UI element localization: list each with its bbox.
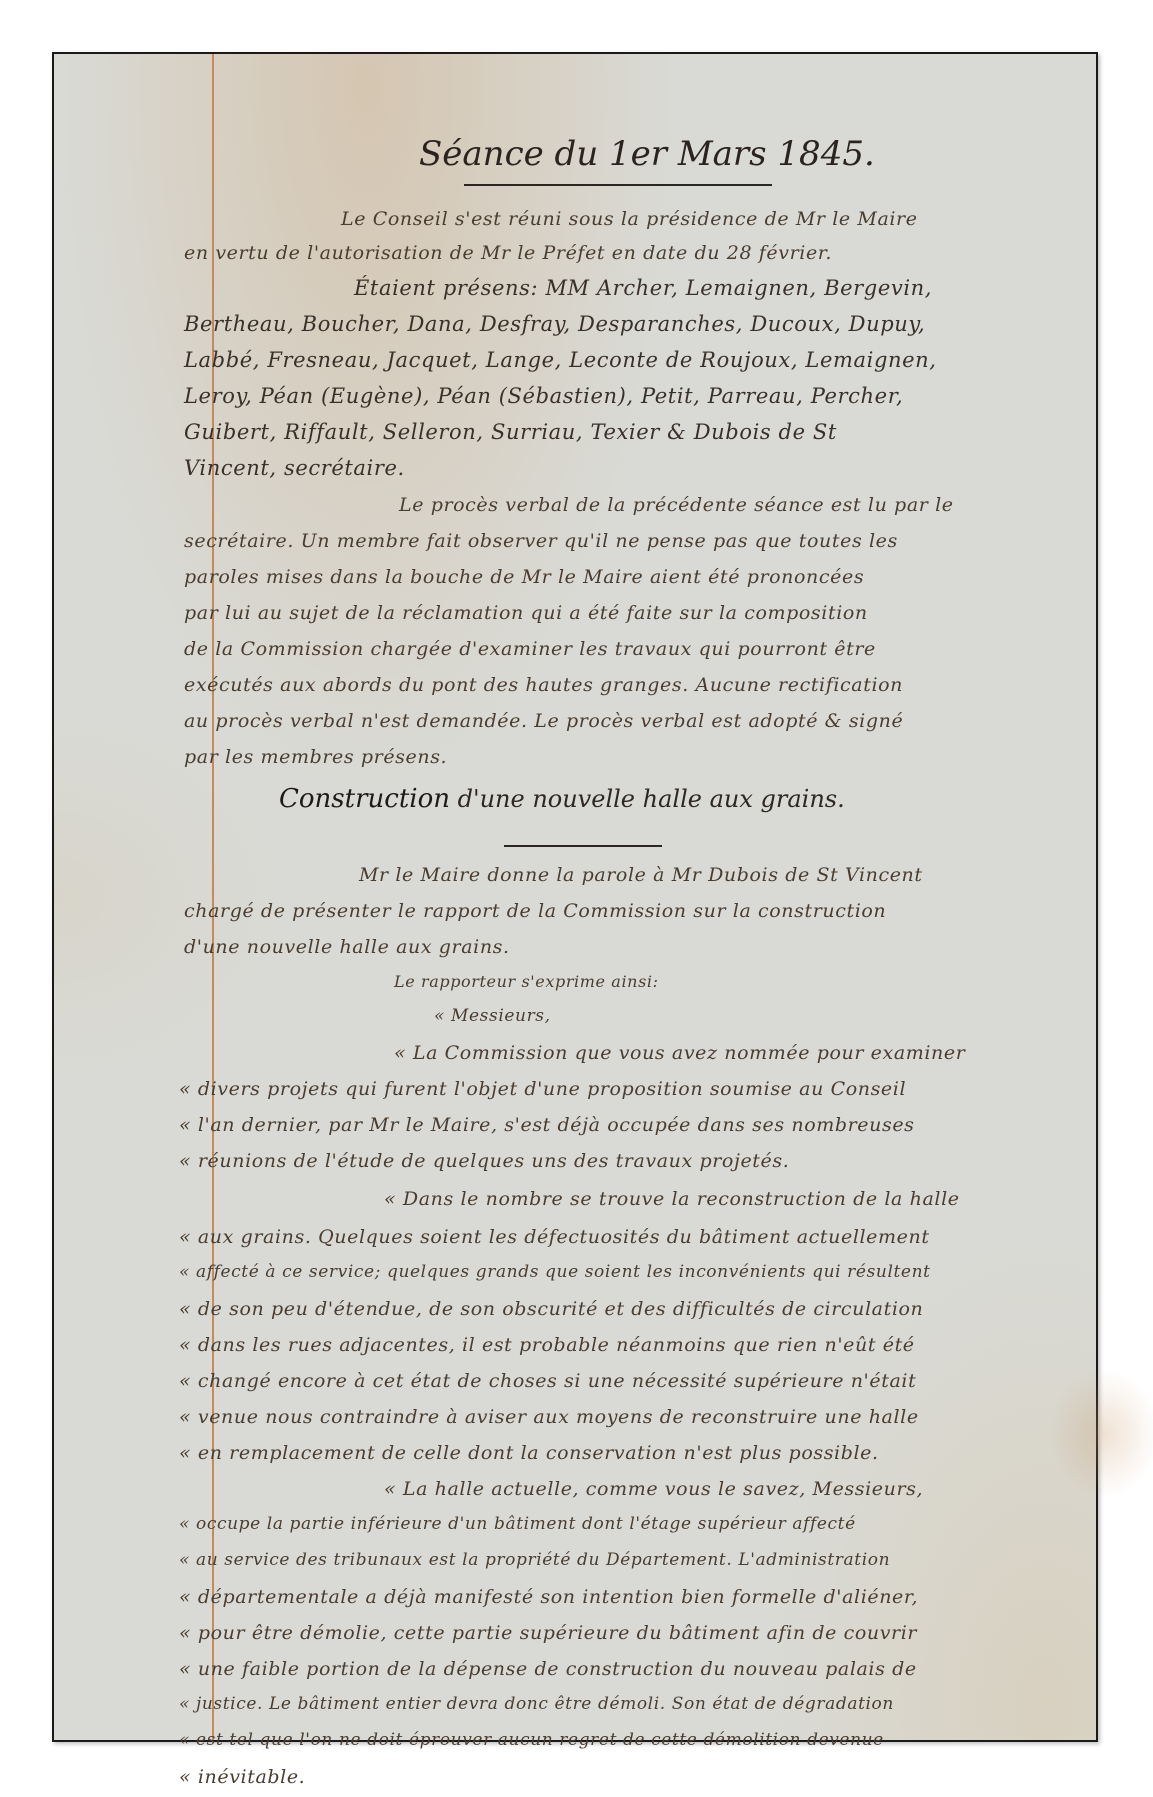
attendance-line: Labbé, Fresneau, Jacquet, Lange, Leconte… [184, 348, 937, 372]
attendance-line: Leroy, Péan (Eugène), Péan (Sébastien), … [184, 384, 903, 408]
opening-line: Le Conseil s'est réuni sous la présidenc… [341, 208, 918, 230]
minutes-line: de la Commission chargée d'examiner les … [184, 638, 876, 660]
section-underline [504, 845, 662, 847]
report-line: « dans les rues adjacentes, il est proba… [179, 1334, 915, 1356]
report-line: « aux grains. Quelques soient les défect… [179, 1226, 930, 1248]
report-line: « réunions de l'étude de quelques uns de… [179, 1150, 789, 1172]
attendance-line: Bertheau, Boucher, Dana, Desfray, Despar… [184, 312, 925, 336]
report-line: « de son peu d'étendue, de son obscurité… [179, 1298, 923, 1320]
paper-stain [1044, 1364, 1153, 1504]
report-line: « inévitable. [179, 1766, 305, 1788]
minutes-line: exécutés aux abords du pont des hautes g… [184, 674, 903, 696]
attendance-line: Guibert, Riffault, Selleron, Surriau, Te… [184, 420, 837, 444]
report-line: « divers projets qui furent l'objet d'un… [179, 1078, 906, 1100]
title-underline [464, 184, 772, 186]
manuscript-page: Séance du 1er Mars 1845. Le Conseil s'es… [52, 52, 1098, 1742]
report-intro-line: d'une nouvelle halle aux grains. [184, 936, 510, 958]
minutes-line: Le procès verbal de la précédente séance… [399, 494, 954, 516]
report-line: « l'an dernier, par Mr le Maire, s'est d… [179, 1114, 915, 1136]
report-line: « venue nous contraindre à aviser aux mo… [179, 1406, 919, 1428]
minutes-line: paroles mises dans la bouche de Mr le Ma… [184, 566, 864, 588]
minutes-line: par les membres présens. [184, 746, 447, 768]
salutation: « Messieurs, [434, 1006, 551, 1026]
report-line: « en remplacement de celle dont la conse… [179, 1442, 879, 1464]
section-heading-emphasis: Construction [279, 784, 450, 814]
minutes-line: par lui au sujet de la réclamation qui a… [184, 602, 868, 624]
report-line: « La Commission que vous avez nommée pou… [394, 1042, 965, 1064]
section-heading-rest: d'une nouvelle halle aux grains. [450, 785, 845, 813]
minutes-line: secrétaire. Un membre fait observer qu'i… [184, 530, 898, 552]
report-line: « changé encore à cet état de choses si … [179, 1370, 916, 1392]
session-title: Séance du 1er Mars 1845. [419, 134, 875, 174]
report-line: « Dans le nombre se trouve la reconstruc… [384, 1188, 960, 1210]
report-line: « pour être démolie, cette partie supéri… [179, 1622, 917, 1644]
report-line: « affecté à ce service; quelques grands … [179, 1262, 931, 1282]
section-heading: Construction d'une nouvelle halle aux gr… [279, 784, 845, 814]
report-line: « départementale a déjà manifesté son in… [179, 1586, 918, 1608]
opening-line: en vertu de l'autorisation de Mr le Préf… [184, 242, 832, 264]
report-intro-line: Mr le Maire donne la parole à Mr Dubois … [359, 864, 923, 886]
report-intro-line: chargé de présenter le rapport de la Com… [184, 900, 886, 922]
report-line: « au service des tribunaux est la propri… [179, 1550, 890, 1570]
margin-rule-line [212, 54, 214, 1740]
report-line: « justice. Le bâtiment entier devra donc… [179, 1694, 894, 1714]
attendance-line: Vincent, secrétaire. [184, 456, 405, 480]
minutes-line: au procès verbal n'est demandée. Le proc… [184, 710, 903, 732]
report-line: « La halle actuelle, comme vous le savez… [384, 1478, 923, 1500]
report-line: « une faible portion de la dépense de co… [179, 1658, 917, 1680]
attendance-line: Étaient présens: MM Archer, Lemaignen, B… [354, 276, 932, 300]
rapporteur-line: Le rapporteur s'exprime ainsi: [394, 972, 659, 991]
report-line: « occupe la partie inférieure d'un bâtim… [179, 1514, 856, 1534]
report-line: « est tel que l'on ne doit éprouver aucu… [179, 1730, 884, 1750]
